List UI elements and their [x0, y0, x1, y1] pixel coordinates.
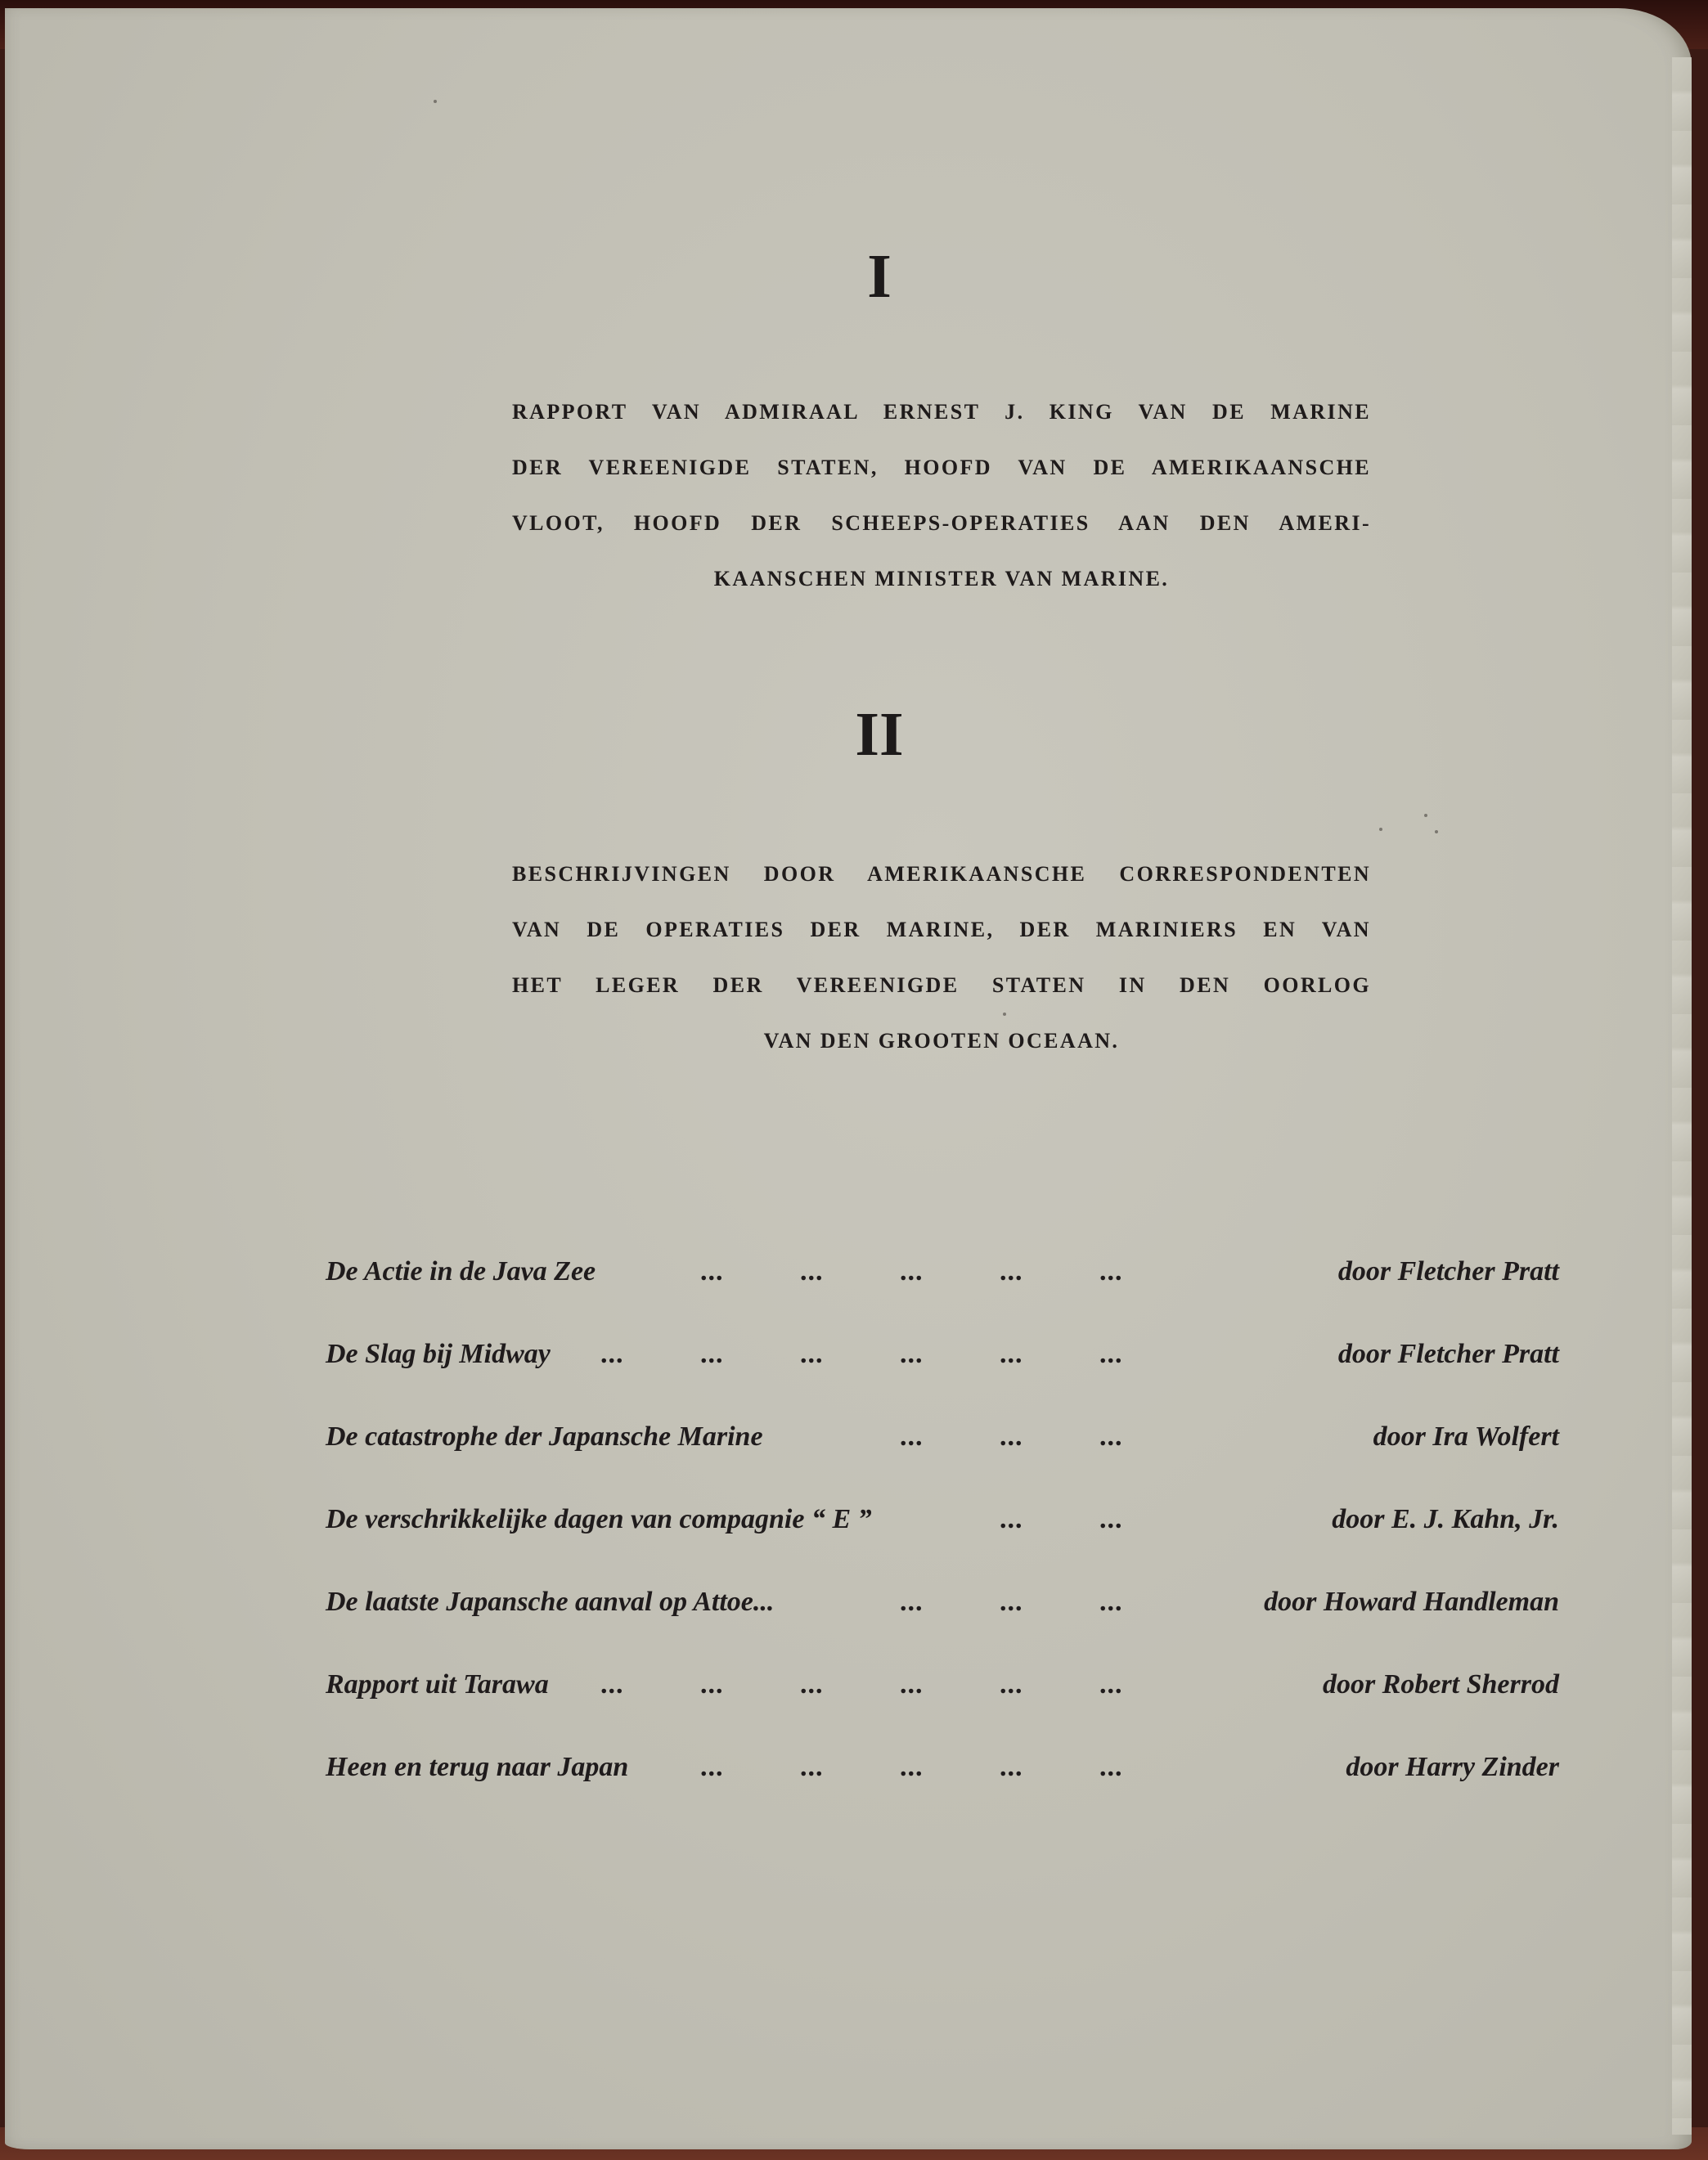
toc-dot-leaders: ...............	[700, 1739, 1199, 1796]
toc-dot-leaders: ...............	[700, 1243, 1199, 1300]
paper-speck	[1424, 814, 1427, 817]
toc-dot-leaders: ......	[1000, 1491, 1199, 1548]
toc-dot-leaders: .........	[900, 1574, 1199, 1631]
toc-entry: Rapport uit Tarawa..................door…	[326, 1656, 1559, 1739]
toc-entry-author: door Robert Sherrod	[1323, 1656, 1559, 1713]
toc-entry: De Slag bij Midway..................door…	[326, 1326, 1559, 1408]
toc-entry: De verschrikkelijke dagen van compagnie …	[326, 1491, 1559, 1574]
toc-entry-title: De Actie in de Java Zee	[326, 1243, 596, 1300]
toc-entry: De Actie in de Java Zee...............do…	[326, 1243, 1559, 1326]
section-2-line: BESCHRIJVINGEN DOOR AMERIKAANSCHE CORRES…	[512, 846, 1371, 902]
toc-entry-author: door E. J. Kahn, Jr.	[1332, 1491, 1559, 1548]
paper-speck	[1379, 828, 1382, 831]
toc-entry-author: door Fletcher Pratt	[1338, 1243, 1559, 1300]
toc-dot-leaders: ..................	[600, 1656, 1199, 1713]
toc-entry-title: Heen en terug naar Japan	[326, 1739, 628, 1796]
toc-entry-title: De verschrikkelijke dagen van compagnie …	[326, 1491, 872, 1548]
page-edge-stack	[1672, 57, 1692, 2135]
section-2-line: VAN DE OPERATIES DER MARINE, DER MARINIE…	[512, 902, 1371, 958]
toc-entry-author: door Fletcher Pratt	[1338, 1326, 1559, 1383]
toc-entry: De catastrophe der Japansche Marine.....…	[326, 1408, 1559, 1491]
toc-dot-leaders: .........	[900, 1408, 1199, 1466]
toc-entry-title: De catastrophe der Japansche Marine	[326, 1408, 763, 1466]
toc-dot-leaders: ..................	[600, 1326, 1199, 1383]
toc-entry-author: door Howard Handleman	[1264, 1574, 1559, 1631]
toc-entry: De laatste Japansche aanval op Attoe....…	[326, 1574, 1559, 1656]
toc-entry-author: door Harry Zinder	[1346, 1739, 1559, 1796]
toc-entry-author: door Ira Wolfert	[1373, 1408, 1559, 1466]
section-1-line: RAPPORT VAN ADMIRAAL ERNEST J. KING VAN …	[512, 384, 1371, 440]
section-1-line: KAANSCHEN MINISTER VAN MARINE.	[512, 551, 1371, 607]
section-1-description: RAPPORT VAN ADMIRAAL ERNEST J. KING VAN …	[512, 384, 1371, 607]
section-numeral-1: I	[90, 245, 1669, 308]
section-1-line: DER VEREENIGDE STATEN, HOOFD VAN DE AMER…	[512, 440, 1371, 496]
section-2-line: HET LEGER DER VEREENIGDE STATEN IN DEN O…	[512, 958, 1371, 1013]
table-of-contents: De Actie in de Java Zee...............do…	[326, 1243, 1559, 1821]
toc-entry-title: De laatste Japansche aanval op Attoe...	[326, 1574, 774, 1631]
paper-speck	[434, 100, 437, 103]
toc-entry: Heen en terug naar Japan...............d…	[326, 1739, 1559, 1821]
section-2-description: BESCHRIJVINGEN DOOR AMERIKAANSCHE CORRES…	[512, 846, 1371, 1069]
paper-speck	[1435, 830, 1438, 833]
toc-entry-title: De Slag bij Midway	[326, 1326, 551, 1383]
section-1-line: VLOOT, HOOFD DER SCHEEPS-OPERATIES AAN D…	[512, 496, 1371, 551]
book-page	[5, 8, 1692, 2149]
section-numeral-2: II	[90, 703, 1669, 766]
toc-entry-title: Rapport uit Tarawa	[326, 1656, 549, 1713]
section-2-line: VAN DEN GROOTEN OCEAAN.	[512, 1013, 1371, 1069]
